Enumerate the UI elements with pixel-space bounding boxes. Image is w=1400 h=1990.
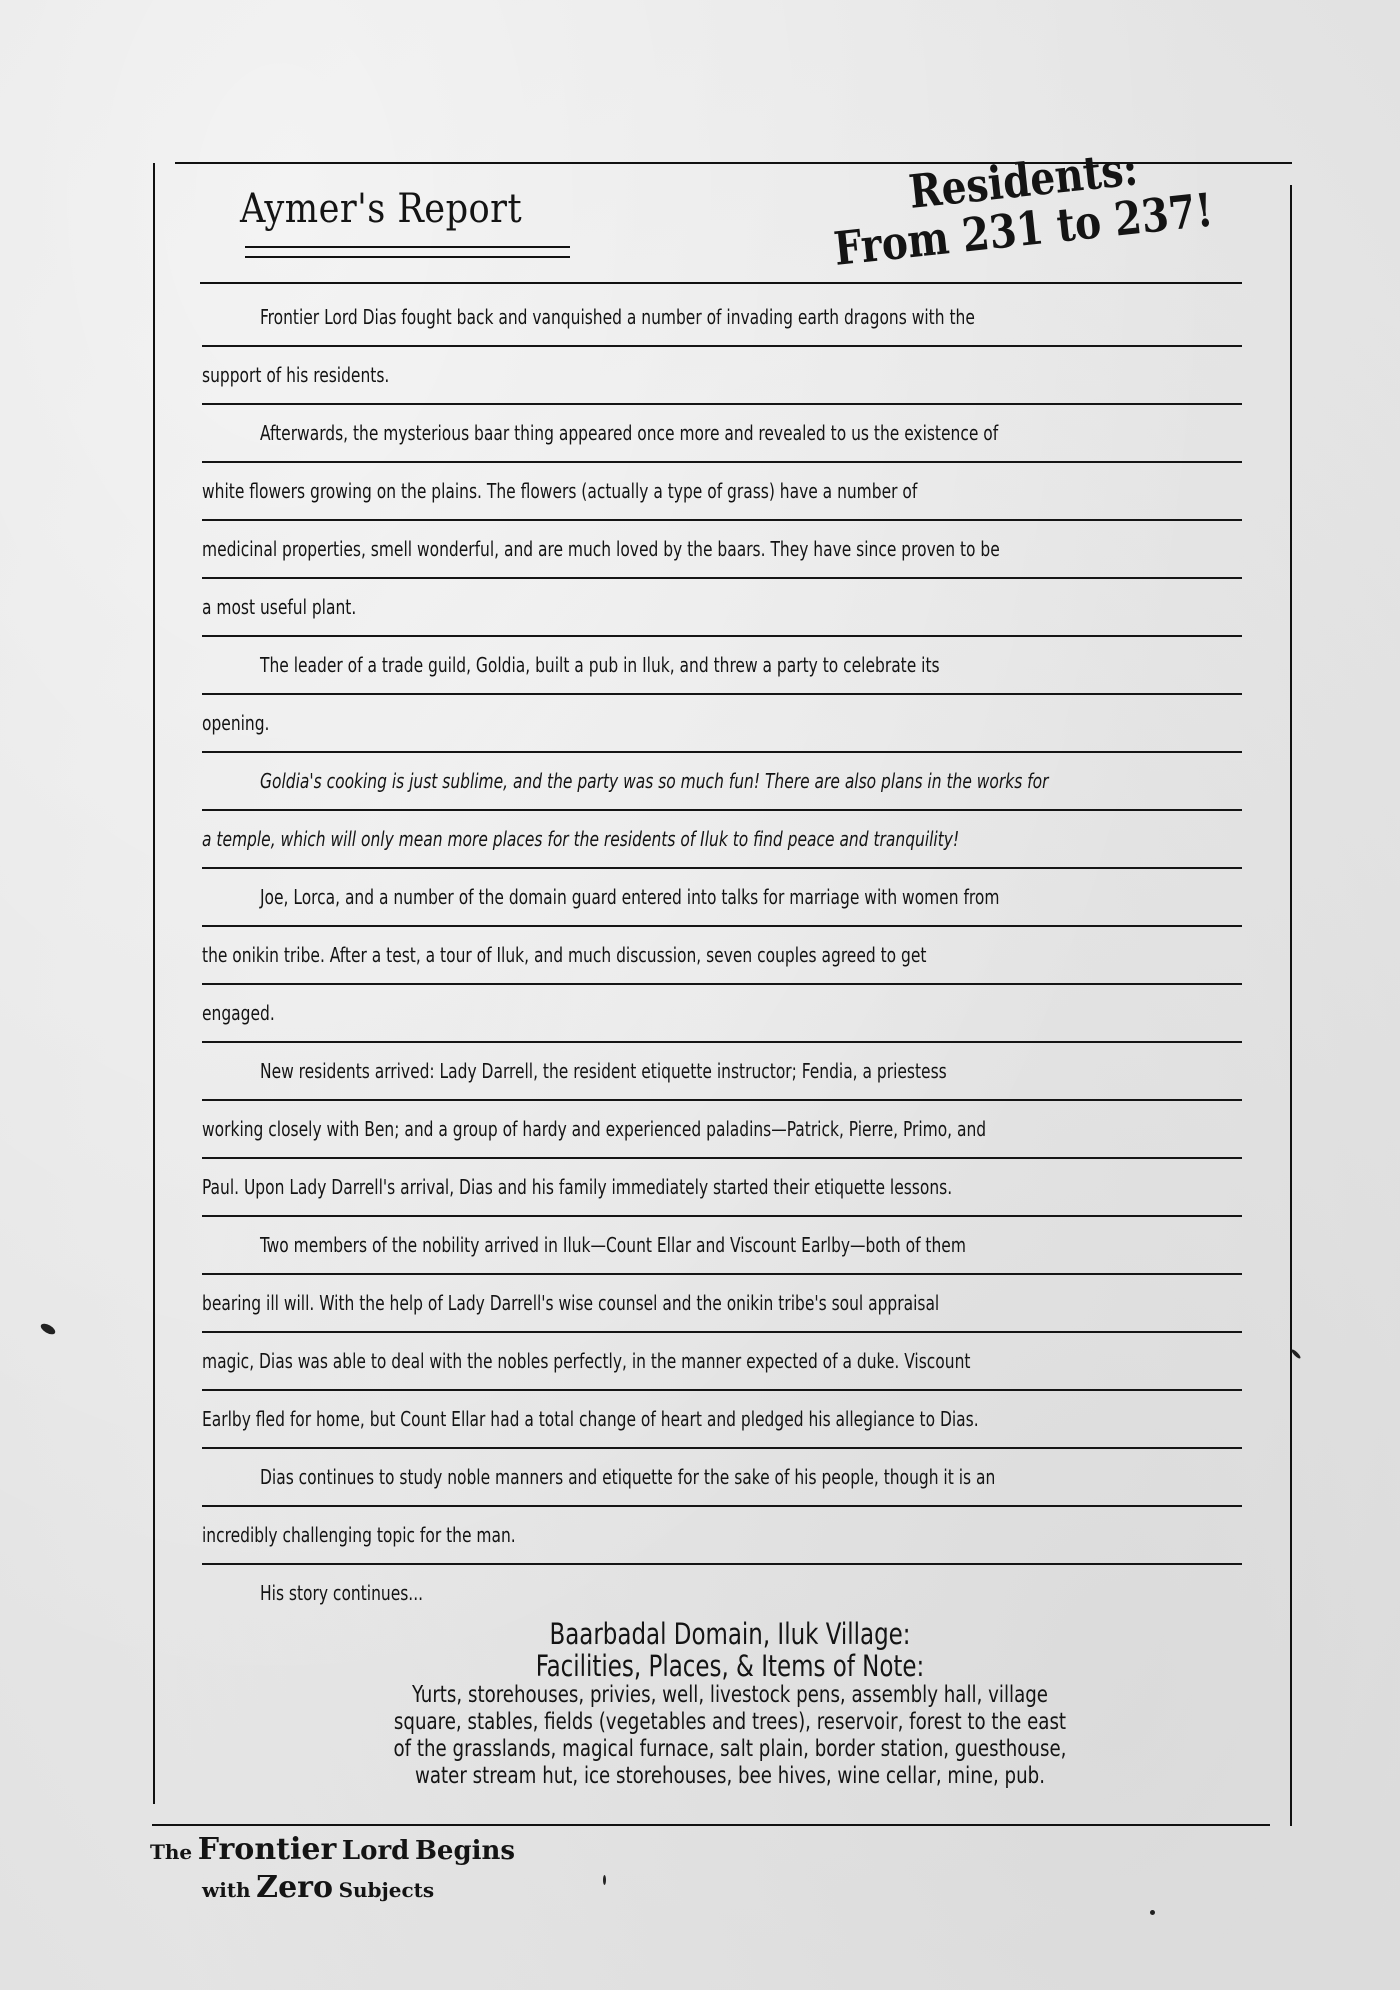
logo-the: The (150, 1840, 192, 1864)
text-line-content: the onikin tribe. After a test, a tour o… (202, 945, 926, 965)
paper-speck (1290, 1348, 1301, 1359)
report-title: Aymer's Report (240, 186, 522, 232)
facilities-list-line: square, stables, fields (vegetables and … (343, 1709, 1117, 1736)
logo-subjects: Subjects (339, 1878, 435, 1902)
logo-frontier: Frontier (198, 1832, 337, 1867)
text-line-content: medicinal properties, smell wonderful, a… (202, 539, 1000, 559)
text-line: engaged. (202, 985, 1242, 1043)
facilities-section: Baarbadal Domain, Iluk Village: Faciliti… (290, 1618, 1170, 1790)
text-line: white flowers growing on the plains. The… (202, 463, 1242, 521)
facilities-list-line: water stream hut, ice storehouses, bee h… (343, 1763, 1117, 1790)
text-line-content: Earlby fled for home, but Count Ellar ha… (202, 1409, 979, 1429)
logo-row-2: with Zero Subjects (202, 1871, 515, 1909)
logo-with: with (202, 1878, 251, 1902)
text-line-content: Joe, Lorca, and a number of the domain g… (260, 887, 999, 907)
right-frame-rule (1290, 185, 1292, 1826)
text-line-content: incredibly challenging topic for the man… (202, 1525, 516, 1545)
text-line-content: His story continues... (260, 1583, 423, 1603)
logo-row-1: The Frontier Lord Begins (150, 1833, 515, 1871)
text-line-content: working closely with Ben; and a group of… (202, 1119, 986, 1139)
paper-speck (1150, 1910, 1155, 1915)
text-line-content: opening. (202, 713, 269, 733)
text-line: the onikin tribe. After a test, a tour o… (202, 927, 1242, 985)
text-line: His story continues... (202, 1565, 1242, 1623)
text-line: New residents arrived: Lady Darrell, the… (202, 1043, 1242, 1101)
text-line: a temple, which will only mean more plac… (202, 811, 1242, 869)
facilities-heading-2: Facilities, Places, & Items of Note: (343, 1650, 1117, 1682)
text-line-content: Frontier Lord Dias fought back and vanqu… (260, 307, 975, 327)
bottom-frame-rule (152, 1824, 1270, 1826)
text-line: Earlby fled for home, but Count Ellar ha… (202, 1391, 1242, 1449)
text-line: bearing ill will. With the help of Lady … (202, 1275, 1242, 1333)
text-line: Two members of the nobility arrived in I… (202, 1217, 1242, 1275)
text-line-content: The leader of a trade guild, Goldia, bui… (260, 655, 940, 675)
text-line-content: Dias continues to study noble manners an… (260, 1467, 995, 1487)
facilities-heading-1: Baarbadal Domain, Iluk Village: (343, 1618, 1117, 1650)
text-line: Afterwards, the mysterious baar thing ap… (202, 405, 1242, 463)
text-line: incredibly challenging topic for the man… (202, 1507, 1242, 1565)
text-line-content: bearing ill will. With the help of Lady … (202, 1293, 939, 1313)
text-line-content: Two members of the nobility arrived in I… (260, 1235, 966, 1255)
text-line-content: white flowers growing on the plains. The… (202, 481, 917, 501)
text-line: support of his residents. (202, 347, 1242, 405)
title-underline (245, 256, 570, 258)
paper-speck (603, 1875, 606, 1885)
text-line: opening. (202, 695, 1242, 753)
series-logo: The Frontier Lord Begins with Zero Subje… (150, 1833, 515, 1909)
text-line: Joe, Lorca, and a number of the domain g… (202, 869, 1242, 927)
text-line: Paul. Upon Lady Darrell's arrival, Dias … (202, 1159, 1242, 1217)
text-line-content: Goldia's cooking is just sublime, and th… (260, 771, 1048, 791)
text-line: magic, Dias was able to deal with the no… (202, 1333, 1242, 1391)
title-underline (245, 246, 570, 248)
left-frame-rule (153, 163, 155, 1804)
text-line: working closely with Ben; and a group of… (202, 1101, 1242, 1159)
text-line-content: a most useful plant. (202, 597, 356, 617)
logo-lord: Lord (342, 1836, 410, 1866)
text-line: medicinal properties, smell wonderful, a… (202, 521, 1242, 579)
paper-speck (39, 1322, 57, 1337)
logo-begins: Begins (415, 1836, 515, 1866)
text-line-content: support of his residents. (202, 365, 389, 385)
text-line: Frontier Lord Dias fought back and vanqu… (202, 289, 1242, 347)
text-line: Goldia's cooking is just sublime, and th… (202, 753, 1242, 811)
facilities-list-line: of the grasslands, magical furnace, salt… (343, 1736, 1117, 1763)
text-line-content: a temple, which will only mean more plac… (202, 829, 959, 849)
text-line-content: magic, Dias was able to deal with the no… (202, 1351, 970, 1371)
facilities-list: Yurts, storehouses, privies, well, lives… (343, 1682, 1117, 1790)
text-line: Dias continues to study noble manners an… (202, 1449, 1242, 1507)
text-line-content: Paul. Upon Lady Darrell's arrival, Dias … (202, 1177, 952, 1197)
text-line: a most useful plant. (202, 579, 1242, 637)
text-line-content: New residents arrived: Lady Darrell, the… (260, 1061, 947, 1081)
report-body: Frontier Lord Dias fought back and vanqu… (202, 289, 1242, 1623)
text-line-content: Afterwards, the mysterious baar thing ap… (260, 423, 998, 443)
header-rule (200, 282, 1242, 284)
text-line: The leader of a trade guild, Goldia, bui… (202, 637, 1242, 695)
text-line-content: engaged. (202, 1003, 275, 1023)
logo-zero: Zero (256, 1870, 333, 1905)
facilities-list-line: Yurts, storehouses, privies, well, lives… (343, 1682, 1117, 1709)
